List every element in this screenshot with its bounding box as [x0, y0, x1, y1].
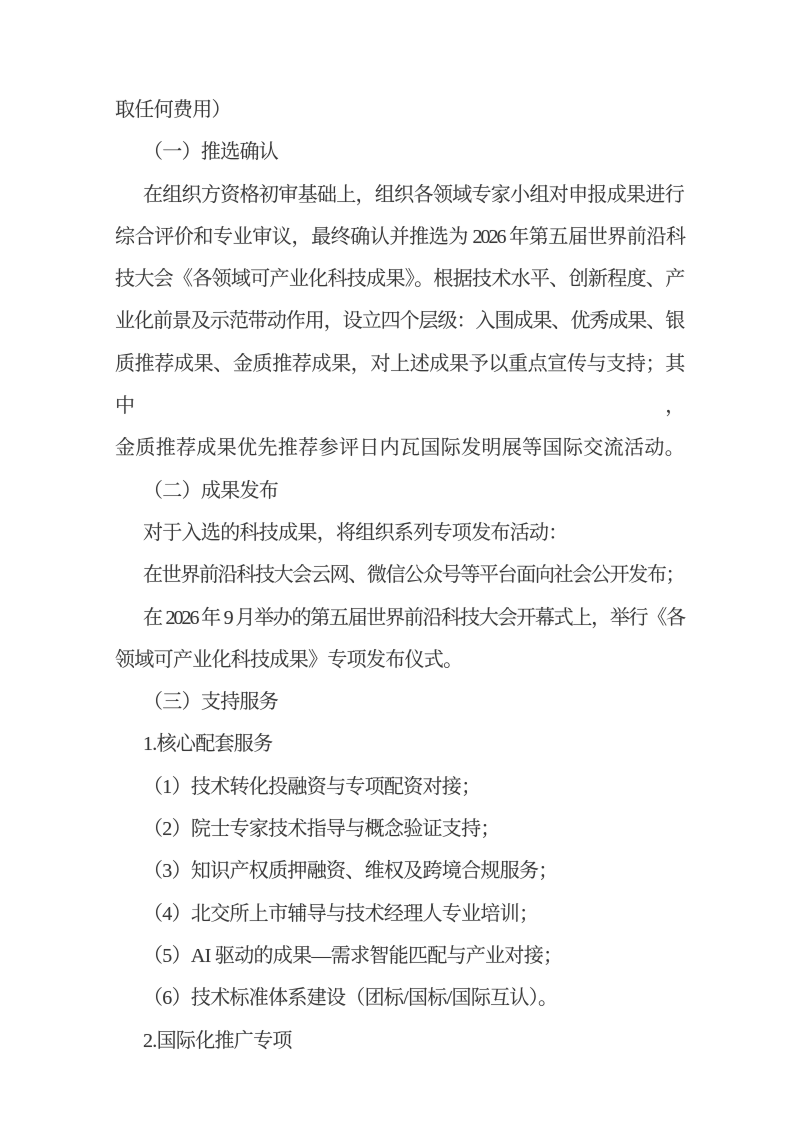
paragraph-line: 对于入选的科技成果，将组织系列专项发布活动： — [115, 512, 684, 554]
service-item-3: （3）知识产权质押融资、维权及跨境合规服务； — [115, 850, 684, 892]
service-item-6: （6）技术标准体系建设（团标/国标/国际互认）。 — [115, 977, 684, 1019]
paragraph-line: 在世界前沿科技大会云网、微信公众号等平台面向社会公开发布； — [115, 554, 684, 596]
service-item-4: （4）北交所上市辅导与技术经理人专业培训； — [115, 893, 684, 935]
paragraph-line: 领域可产业化科技成果》专项发布仪式。 — [115, 639, 684, 681]
section-heading-2-publication: （二）成果发布 — [115, 470, 684, 512]
paragraph-line: 金质推荐成果优先推荐参评日内瓦国际发明展等国际交流活动。 — [115, 427, 684, 469]
document-text-block: 取任何费用） （一）推选确认 在组织方资格初审基础上，组织各领域专家小组对申报成… — [115, 89, 684, 1062]
subsection-1-core-services: 1.核心配套服务 — [115, 723, 684, 765]
service-item-5: （5）AI 驱动的成果—需求智能匹配与产业对接； — [115, 935, 684, 977]
section-heading-1-confirmation: （一）推选确认 — [115, 131, 684, 173]
paragraph-line: 业化前景及示范带动作用，设立四个层级：入围成果、优秀成果、银 — [115, 300, 684, 342]
body-line-fee-clause: 取任何费用） — [115, 89, 684, 131]
paragraph-line: 综合评价和专业审议，最终确认并推选为 2026 年第五届世界前沿科 — [115, 216, 684, 258]
section-heading-3-support: （三）支持服务 — [115, 681, 684, 723]
service-item-2: （2）院士专家技术指导与概念验证支持； — [115, 808, 684, 850]
paragraph-line: 在 2026 年 9 月举办的第五届世界前沿科技大会开幕式上，举行《各 — [115, 597, 684, 639]
service-item-1: （1）技术转化投融资与专项配资对接； — [115, 766, 684, 808]
paragraph-line: 质推荐成果、金质推荐成果，对上述成果予以重点宣传与支持；其中， — [115, 343, 684, 428]
subsection-2-international: 2.国际化推广专项 — [115, 1020, 684, 1062]
paragraph-line: 技大会《各领域可产业化科技成果》。根据技术水平、创新程度、产 — [115, 258, 684, 300]
paragraph-line: 在组织方资格初审基础上，组织各领域专家小组对申报成果进行 — [115, 174, 684, 216]
scanned-document-page: 取任何费用） （一）推选确认 在组织方资格初审基础上，组织各领域专家小组对申报成… — [0, 0, 799, 1131]
